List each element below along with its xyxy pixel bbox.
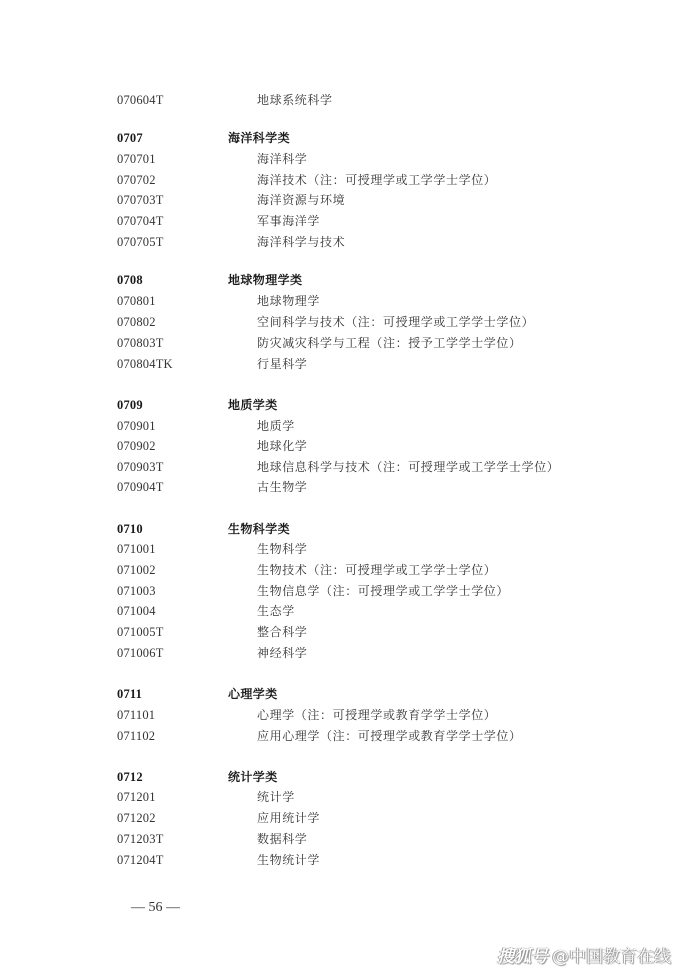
subject-name: 地球系统科学 xyxy=(257,90,333,110)
subject-row: 070804TK行星科学 xyxy=(0,354,690,374)
subject-row: 070904T古生物学 xyxy=(0,477,690,497)
category-name: 海洋科学类 xyxy=(228,128,290,148)
subject-code: 070804TK xyxy=(117,354,173,374)
subject-name: 行星科学 xyxy=(257,354,307,374)
subject-row: 070803T防灾减灾科学与工程（注：授予工学学士学位） xyxy=(0,333,690,353)
category-row: 0707海洋科学类 xyxy=(0,128,690,148)
document-page: 070604T地球系统科学0707海洋科学类070701海洋科学070702海洋… xyxy=(0,0,690,976)
subject-name: 生物统计学 xyxy=(257,850,320,870)
subject-row: 070604T地球系统科学 xyxy=(0,90,690,110)
subject-name: 生物技术（注：可授理学或工学学士学位） xyxy=(257,560,496,580)
subject-code: 071004 xyxy=(117,601,156,621)
category-code: 0707 xyxy=(117,128,143,148)
subject-code: 071202 xyxy=(117,808,156,828)
subject-row: 071202应用统计学 xyxy=(0,808,690,828)
subject-name: 军事海洋学 xyxy=(257,211,320,231)
subject-name: 地球化学 xyxy=(257,436,307,456)
subject-name: 应用统计学 xyxy=(257,808,320,828)
subject-code: 070902 xyxy=(117,436,156,456)
subject-row: 070901地质学 xyxy=(0,416,690,436)
subject-row: 070701海洋科学 xyxy=(0,149,690,169)
subject-row: 070705T海洋科学与技术 xyxy=(0,232,690,252)
subject-name: 数据科学 xyxy=(257,829,307,849)
subject-name: 生态学 xyxy=(257,601,295,621)
subject-code: 070701 xyxy=(117,149,156,169)
subject-code: 071001 xyxy=(117,539,156,559)
subject-row: 070902地球化学 xyxy=(0,436,690,456)
subject-name: 防灾减灾科学与工程（注：授予工学学士学位） xyxy=(257,333,522,353)
subject-code: 071204T xyxy=(117,850,164,870)
subject-row: 071001生物科学 xyxy=(0,539,690,559)
category-name: 统计学类 xyxy=(228,767,278,787)
subject-code: 070801 xyxy=(117,291,156,311)
subject-name: 海洋资源与环境 xyxy=(257,190,345,210)
subject-code: 070904T xyxy=(117,477,164,497)
subject-row: 071204T生物统计学 xyxy=(0,850,690,870)
subject-row: 071201统计学 xyxy=(0,787,690,807)
subject-row: 070704T军事海洋学 xyxy=(0,211,690,231)
category-row: 0712统计学类 xyxy=(0,767,690,787)
page-number: — 56 — xyxy=(131,900,180,916)
subject-name: 地质学 xyxy=(257,416,295,436)
subject-code: 070705T xyxy=(117,232,164,252)
subject-code: 071006T xyxy=(117,643,164,663)
subject-name: 心理学（注：可授理学或教育学学士学位） xyxy=(257,705,496,725)
subject-row: 070903T地球信息科学与技术（注：可授理学或工学学士学位） xyxy=(0,457,690,477)
subject-code: 070604T xyxy=(117,90,164,110)
subject-row: 070801地球物理学 xyxy=(0,291,690,311)
subject-row: 070802空间科学与技术（注：可授理学或工学学士学位） xyxy=(0,312,690,332)
subject-code: 070703T xyxy=(117,190,164,210)
subject-code: 071201 xyxy=(117,787,156,807)
subject-name: 海洋科学与技术 xyxy=(257,232,345,252)
subject-row: 071203T数据科学 xyxy=(0,829,690,849)
watermark: 搜狐号@中国教育在线 xyxy=(497,942,671,967)
subject-name: 神经科学 xyxy=(257,643,307,663)
category-code: 0708 xyxy=(117,270,143,290)
category-row: 0711心理学类 xyxy=(0,684,690,704)
subject-row: 071006T神经科学 xyxy=(0,643,690,663)
subject-name: 生物科学 xyxy=(257,539,307,559)
subject-row: 071102应用心理学（注：可授理学或教育学学士学位） xyxy=(0,726,690,746)
subject-name: 统计学 xyxy=(257,787,295,807)
subject-code: 070702 xyxy=(117,170,156,190)
subject-code: 070704T xyxy=(117,211,164,231)
subject-name: 生物信息学（注：可授理学或工学学士学位） xyxy=(257,581,509,601)
category-name: 地球物理学类 xyxy=(228,270,302,290)
category-row: 0709地质学类 xyxy=(0,395,690,415)
subject-code: 070903T xyxy=(117,457,164,477)
subject-code: 071203T xyxy=(117,829,164,849)
subject-code: 071101 xyxy=(117,705,155,725)
watermark-account: @中国教育在线 xyxy=(552,947,671,967)
category-code: 0709 xyxy=(117,395,143,415)
subject-code: 071003 xyxy=(117,581,156,601)
subject-row: 071005T整合科学 xyxy=(0,622,690,642)
subject-code: 071102 xyxy=(117,726,155,746)
subject-name: 应用心理学（注：可授理学或教育学学士学位） xyxy=(257,726,522,746)
subject-code: 070901 xyxy=(117,416,156,436)
category-row: 0710生物科学类 xyxy=(0,519,690,539)
subject-row: 070702海洋技术（注：可授理学或工学学士学位） xyxy=(0,170,690,190)
subject-name: 地球物理学 xyxy=(257,291,320,311)
subject-row: 071003生物信息学（注：可授理学或工学学士学位） xyxy=(0,581,690,601)
subject-name: 整合科学 xyxy=(257,622,307,642)
subject-code: 070803T xyxy=(117,333,164,353)
subject-code: 071002 xyxy=(117,560,156,580)
category-name: 生物科学类 xyxy=(228,519,290,539)
watermark-brand: 搜狐号 xyxy=(497,947,548,967)
category-code: 0710 xyxy=(117,519,143,539)
category-code: 0712 xyxy=(117,767,143,787)
subject-code: 071005T xyxy=(117,622,164,642)
subject-name: 海洋技术（注：可授理学或工学学士学位） xyxy=(257,170,496,190)
subject-name: 古生物学 xyxy=(257,477,307,497)
category-name: 地质学类 xyxy=(228,395,278,415)
subject-row: 071002生物技术（注：可授理学或工学学士学位） xyxy=(0,560,690,580)
category-code: 0711 xyxy=(117,684,142,704)
subject-row: 071101心理学（注：可授理学或教育学学士学位） xyxy=(0,705,690,725)
subject-name: 空间科学与技术（注：可授理学或工学学士学位） xyxy=(257,312,534,332)
subject-name: 海洋科学 xyxy=(257,149,307,169)
subject-row: 070703T海洋资源与环境 xyxy=(0,190,690,210)
category-name: 心理学类 xyxy=(228,684,278,704)
category-row: 0708地球物理学类 xyxy=(0,270,690,290)
subject-row: 071004生态学 xyxy=(0,601,690,621)
subject-name: 地球信息科学与技术（注：可授理学或工学学士学位） xyxy=(257,457,559,477)
subject-code: 070802 xyxy=(117,312,156,332)
